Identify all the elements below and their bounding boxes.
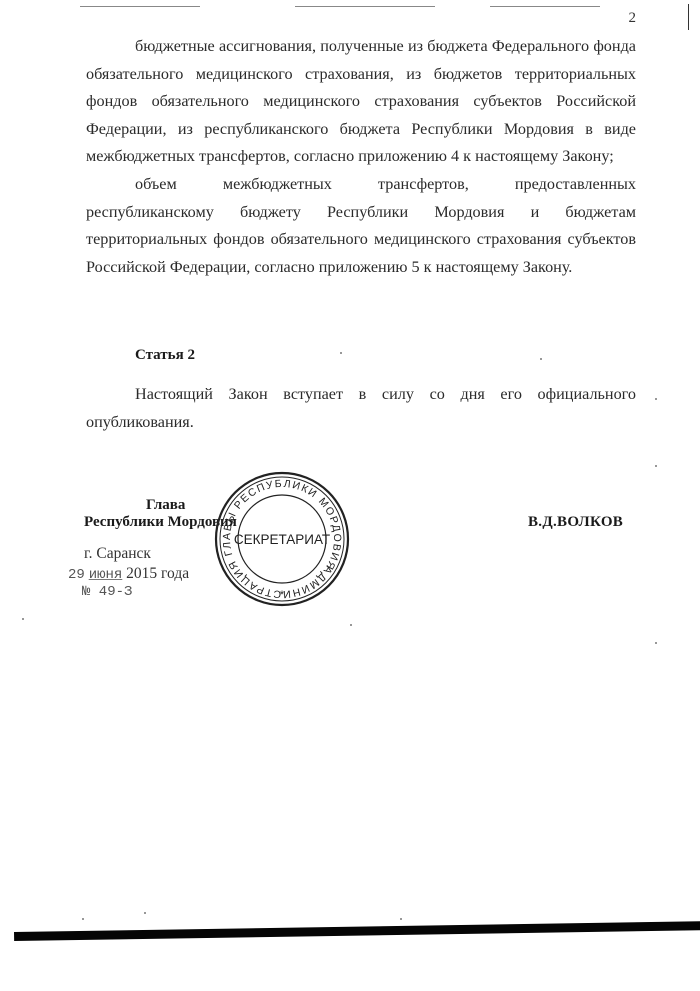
scan-speck: [82, 918, 84, 920]
date-month: июня: [89, 567, 123, 583]
stamp-star-icon: *: [280, 589, 285, 601]
scan-speck: [540, 358, 542, 360]
scan-speck: [400, 918, 402, 920]
article-body: Настоящий Закон вступает в силу со дня е…: [86, 381, 636, 436]
signatory-title-line1: Глава: [146, 497, 185, 514]
scan-artifact-top-line: [490, 6, 600, 7]
scan-artifact-top-line: [80, 6, 200, 7]
scan-speck: [350, 624, 352, 626]
official-stamp-icon: АДМИНИСТРАЦИЯ ГЛАВЫ РЕСПУБЛИКИ МОРДОВИЯ …: [213, 470, 351, 608]
scan-artifact-bottom-bar: [14, 921, 700, 941]
scan-speck: [655, 465, 657, 467]
article-text: Настоящий Закон вступает в силу со дня е…: [86, 381, 636, 436]
stamp-center-text: СЕКРЕТАРИАТ: [234, 532, 330, 547]
paragraph-transfers-volume: объем межбюджетных трансфертов, предоста…: [86, 171, 636, 281]
date-day: 29: [68, 567, 85, 583]
signing-date: 29 июня 2015 года: [68, 565, 189, 583]
scan-speck: [144, 912, 146, 914]
document-body: бюджетные ассигнования, полученные из бю…: [86, 33, 636, 281]
scan-artifact-top-line: [295, 6, 435, 7]
scan-speck: [22, 618, 24, 620]
page-number: 2: [629, 10, 637, 27]
document-number: № 49-З: [82, 584, 132, 600]
article-heading: Статья 2: [135, 347, 195, 364]
signing-place: г. Саранск: [84, 545, 151, 563]
scan-speck: [655, 398, 657, 400]
date-year: 2015 года: [126, 565, 189, 582]
scan-artifact-right-edge: [688, 4, 689, 30]
scan-speck: [340, 352, 342, 354]
scan-speck: [655, 642, 657, 644]
signatory-name: В.Д.ВОЛКОВ: [528, 514, 623, 531]
paragraph-budget-allocations: бюджетные ассигнования, полученные из бю…: [86, 33, 636, 171]
